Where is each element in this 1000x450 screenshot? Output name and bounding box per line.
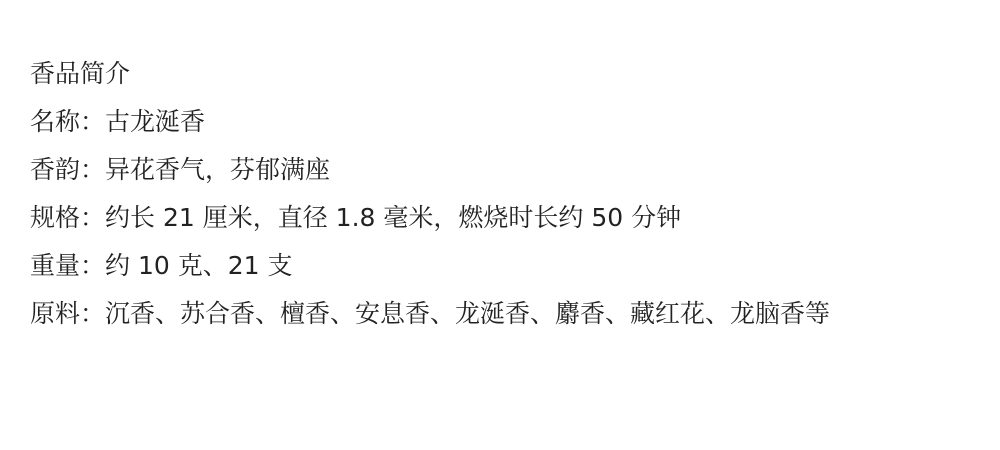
field-label: 香韵 (30, 155, 80, 184)
field-fragrance: 香韵：异花香气，芬郁满座 (30, 146, 980, 194)
field-label: 规格 (30, 203, 80, 232)
field-separator: ： (80, 107, 105, 136)
field-separator: ： (80, 299, 105, 328)
field-specification: 规格：约长 21 厘米，直径 1.8 毫米，燃烧时长约 50 分钟 (30, 194, 980, 242)
field-name: 名称：古龙涎香 (30, 98, 980, 146)
field-value: 约 10 克、21 支 (105, 251, 292, 280)
field-weight: 重量：约 10 克、21 支 (30, 242, 980, 290)
field-label: 原料 (30, 299, 80, 328)
section-title: 香品简介 (30, 50, 980, 98)
product-description: 香品简介 名称：古龙涎香 香韵：异花香气，芬郁满座 规格：约长 21 厘米，直径… (30, 50, 980, 338)
field-ingredients: 原料：沉香、苏合香、檀香、安息香、龙涎香、麝香、藏红花、龙脑香等 (30, 290, 980, 338)
field-value: 沉香、苏合香、檀香、安息香、龙涎香、麝香、藏红花、龙脑香等 (105, 299, 830, 328)
field-separator: ： (80, 251, 105, 280)
field-value: 异花香气，芬郁满座 (105, 155, 330, 184)
field-separator: ： (80, 155, 105, 184)
field-separator: ： (80, 203, 105, 232)
field-value: 古龙涎香 (105, 107, 205, 136)
field-label: 名称 (30, 107, 80, 136)
field-value: 约长 21 厘米，直径 1.8 毫米，燃烧时长约 50 分钟 (105, 203, 681, 232)
field-label: 重量 (30, 251, 80, 280)
